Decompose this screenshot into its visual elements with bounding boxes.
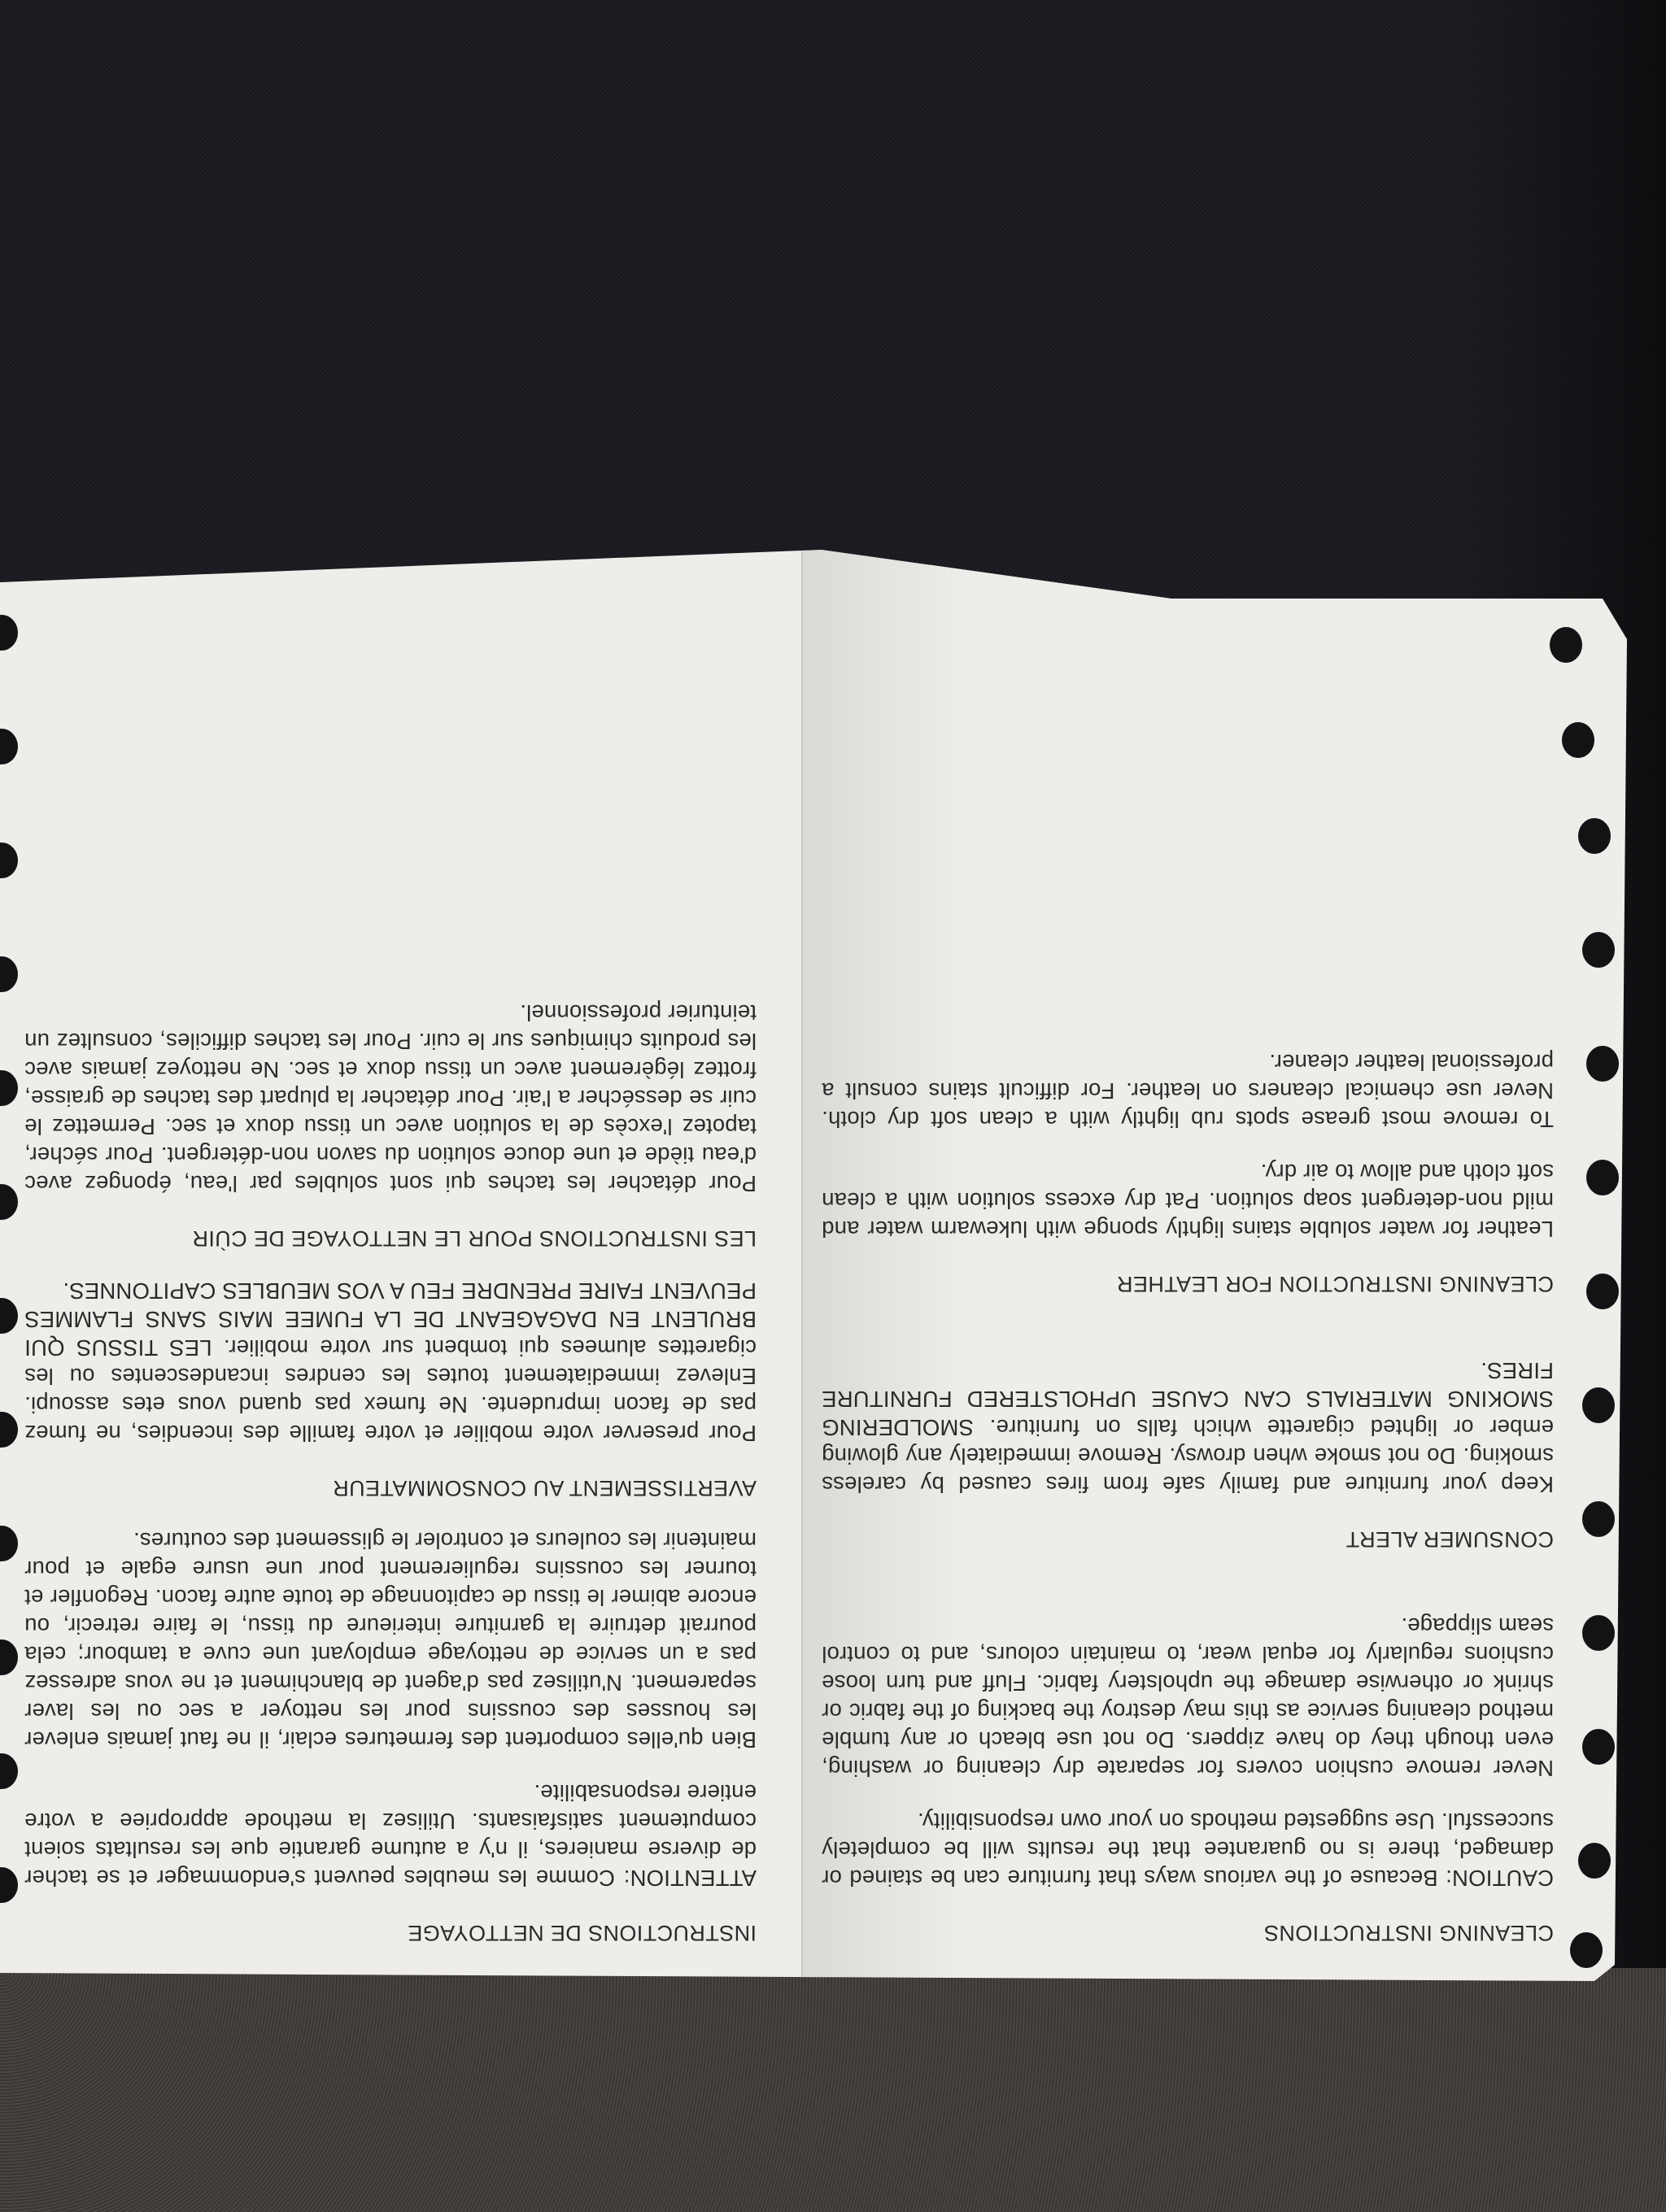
cushion-care-fr: Bien qu'elles comportent des fermetures … [24,1526,757,1754]
leather-heading-en: CLEANING INSTRUCTION FOR LEATHER [822,1269,1554,1298]
cushion-care-en: Never remove cushion covers for separate… [822,1612,1554,1783]
cleaning-heading-fr: INSTRUCTIONS DE NETTOYAGE [24,1918,757,1947]
consumer-alert-fr: Pour preserver votre mobilier et votre f… [24,1277,757,1448]
leather-care-fr: Pour détacher les taches qui sont solubl… [24,999,757,1198]
rotated-content: CLEANING INSTRUCTIONS CAUTION: Because o… [0,550,1627,1981]
leather-heading-fr: LES INSTRUCTIONS POUR LE NETTOYAGE DE CÙ… [24,1224,757,1252]
caution-en: CAUTION: Because of the various ways tha… [822,1807,1554,1892]
french-column: INSTRUCTIONS DE NETTOYAGE ATTENTION: Com… [24,974,757,1947]
leather-grease-en: To remove most grease spots rub lightly … [822,1048,1554,1134]
consumer-alert-en: Keep your furniture and family safe from… [822,1356,1554,1499]
caution-fr: ATTENTION: Comme les meubles peuvent s'e… [24,1779,757,1892]
consumer-alert-heading-fr: AVERTISSEMENT AU CONSOMMATEUR [24,1474,757,1502]
leather-water-stains-en: Leather for water soluble stains lightly… [822,1158,1554,1243]
carpet-background [0,1968,1666,2212]
consumer-alert-heading-en: CONSUMER ALERT [822,1525,1554,1553]
instruction-sheet: CLEANING INSTRUCTIONS CAUTION: Because o… [0,550,1627,1981]
english-column: CLEANING INSTRUCTIONS CAUTION: Because o… [822,1024,1554,1947]
cleaning-heading-en: CLEANING INSTRUCTIONS [822,1918,1554,1947]
